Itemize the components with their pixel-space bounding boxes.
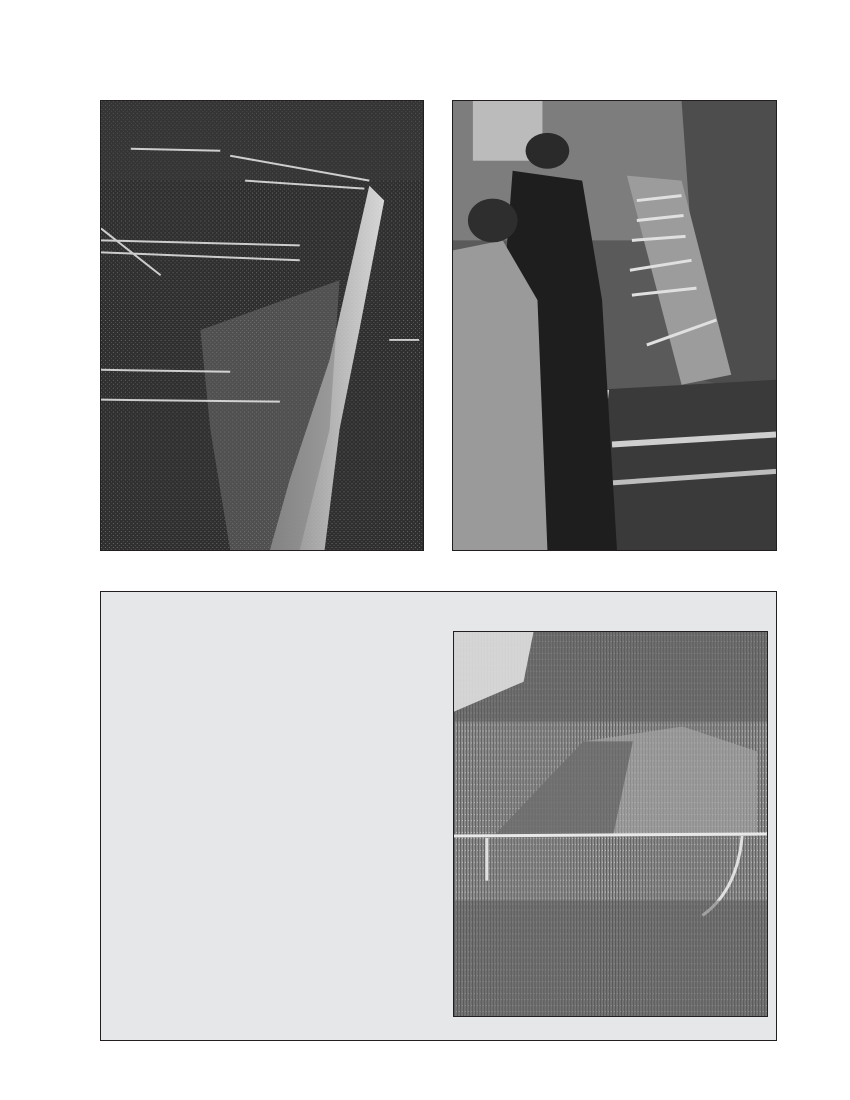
photo-rocker-trough [453,631,768,1017]
rocker-trough-image [454,632,767,1016]
people-sluice-image [453,101,776,550]
photo-flume-forest [100,100,424,551]
flume-forest-image [101,101,423,550]
sidebar-box [100,591,777,1041]
photo-people-sluice [452,100,777,551]
